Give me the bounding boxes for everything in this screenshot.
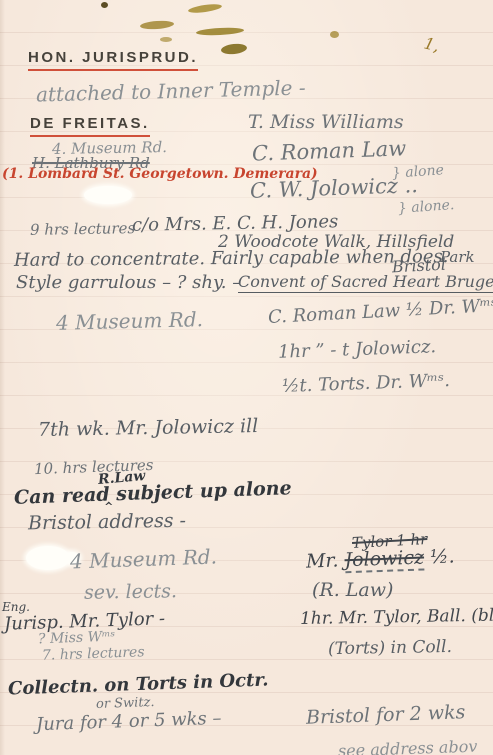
- alone-note: } alone.: [398, 198, 455, 217]
- see-address-note: see address abov: [338, 738, 478, 755]
- page-mark: 1,: [422, 34, 441, 55]
- ink-blot: [221, 43, 248, 56]
- tutor-struck: Jolowicz: [344, 546, 424, 573]
- class-line-3: ½t. Torts. Dr. Wᵐˢ.: [282, 371, 451, 397]
- lectures-count: 9 hrs lectures: [30, 220, 135, 238]
- tutor-prefix: Mr.: [306, 549, 345, 572]
- class-jolowicz: C. W. Jolowicz ..: [250, 174, 419, 203]
- attached-note: attached to Inner Temple -: [36, 76, 306, 105]
- class-line-1: C. Roman Law ½ Dr. Wᵐˢ: [268, 296, 493, 328]
- tutor-suffix: ½.: [424, 545, 455, 568]
- ink-blot: [330, 31, 339, 38]
- scanned-page: 1, HON. JURISPRUD. attached to Inner Tem…: [0, 0, 493, 755]
- address-museum-2: 4 Museum Rd.: [56, 308, 203, 334]
- lectures-count-3: 7. hrs lectures: [42, 645, 145, 664]
- class-roman-law: C. Roman Law: [252, 137, 407, 165]
- bristol-address-note: Bristol address -: [28, 511, 186, 535]
- torts-right-line: (Torts) in Coll.: [328, 638, 452, 659]
- can-read-note: Can read subject up alone: [14, 478, 292, 509]
- jura-plan: Jura for 4 or 5 wks –: [36, 709, 222, 735]
- address-museum-3: 4 Museum Rd.: [70, 545, 218, 572]
- ink-blot: [140, 20, 174, 30]
- comment-style: Style garrulous – ? shy. –: [16, 273, 241, 293]
- ink-blot: [101, 2, 108, 8]
- ink-blot: [196, 27, 244, 37]
- comment-concentrate: Hard to concentrate. Fairly capable when…: [14, 247, 449, 271]
- school-place-old: Bruges: [445, 272, 493, 291]
- sev-lects: sev. lects.: [84, 581, 177, 604]
- tutor-right-line: 1hr. Mr. Tylor, Ball. (blind): [300, 606, 493, 629]
- school-name: Convent of Sacred Heart: [238, 272, 445, 291]
- school-line: Convent of Sacred Heart Bruges: [238, 273, 493, 291]
- class-line-2: 1hr ” - t Jolowicz.: [278, 337, 437, 362]
- bristol-plan: Bristol for 2 wks: [306, 702, 466, 728]
- subject-r-law: (R. Law): [312, 580, 393, 601]
- tutor-assignment-line: Mr. Jolowicz ½.: [306, 546, 455, 572]
- student-name: DE FREITAS.: [30, 116, 150, 137]
- week-note: 7th wk. Mr. Jolowicz ill: [38, 416, 259, 441]
- ink-blot: [160, 37, 172, 42]
- paper-damage-patch: [84, 186, 132, 204]
- tutor-line: T. Miss Williams: [248, 112, 404, 133]
- ink-blot: [188, 3, 223, 15]
- page-title: HON. JURISPRUD.: [28, 50, 198, 71]
